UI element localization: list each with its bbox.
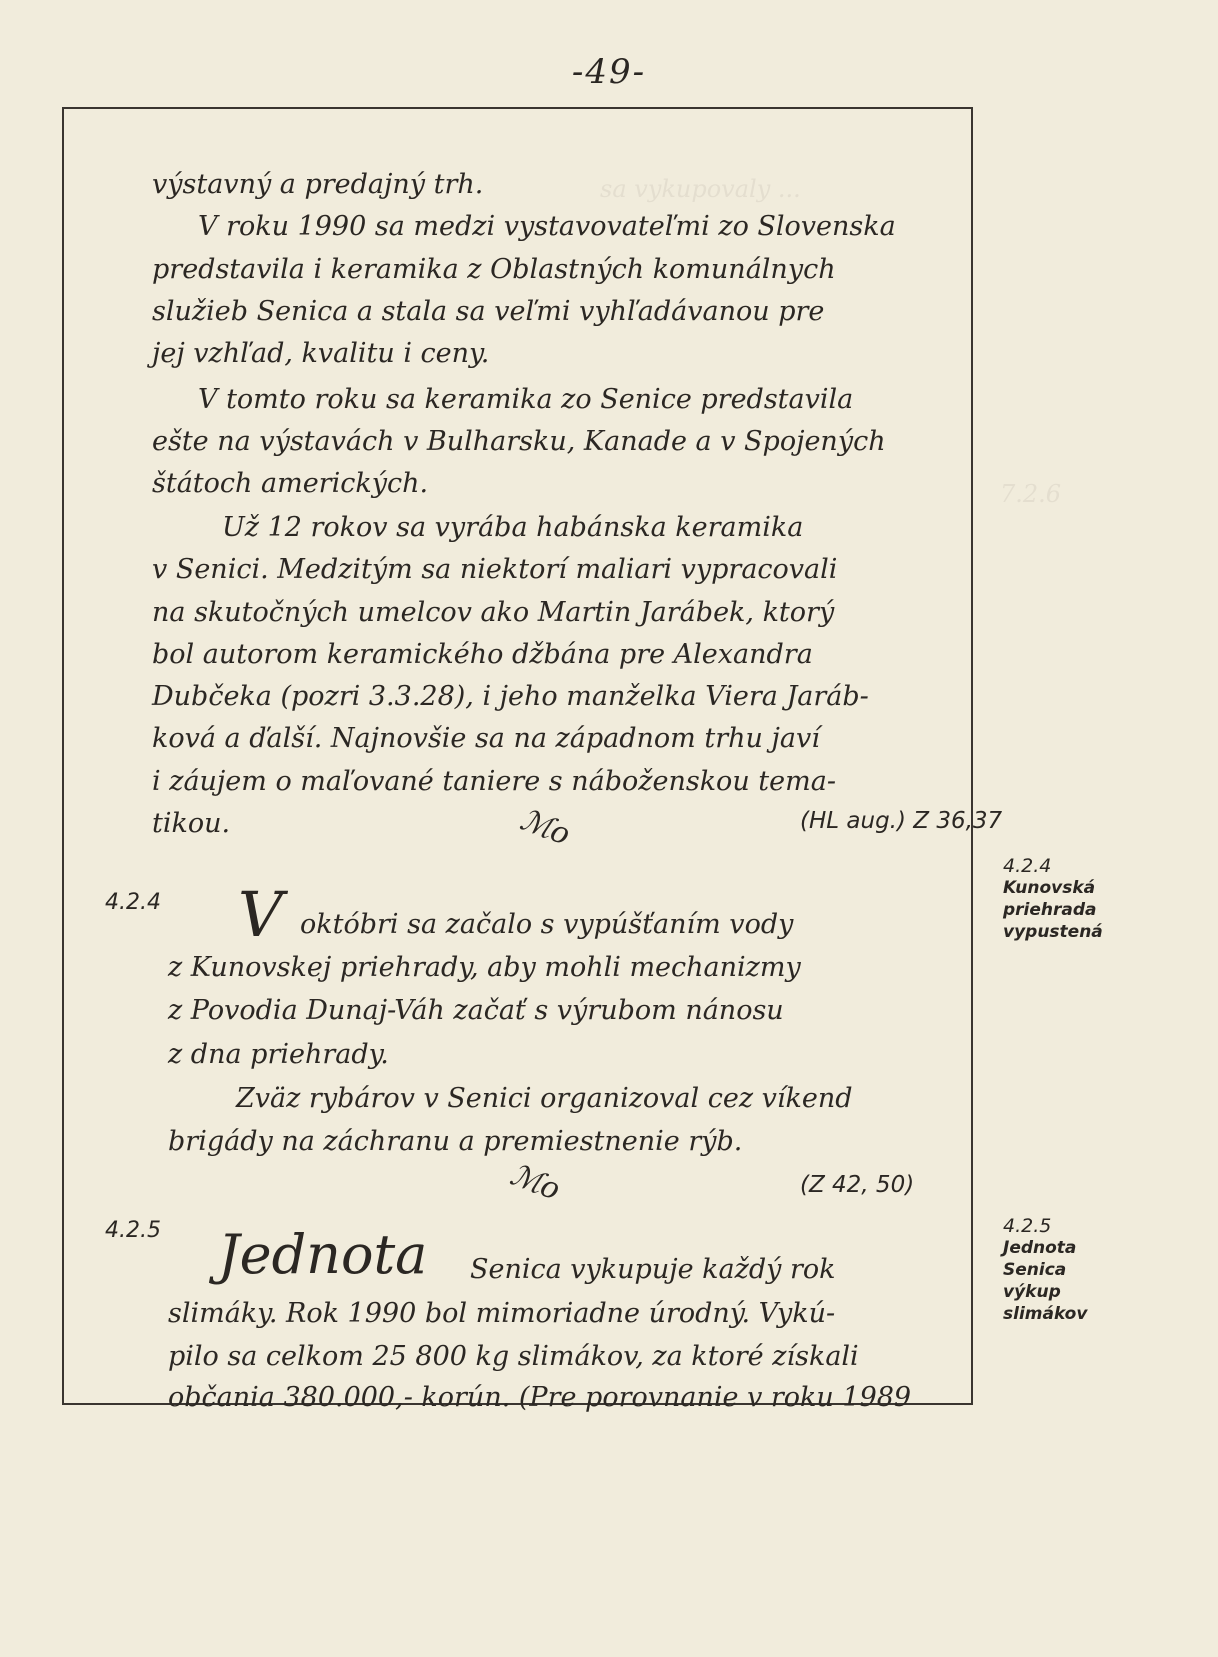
source-reference: (HL aug.) Z 36,37: [800, 808, 1002, 834]
body-line: jej vzhľad, kvalitu i ceny.: [152, 334, 489, 374]
margin-note-line: Kunovská: [1003, 877, 1133, 899]
margin-note: 4.2.5 Jednota Senica výkup slimákov: [1003, 1215, 1133, 1325]
section-line: z dna priehrady.: [168, 1035, 389, 1075]
margin-note-line: slimákov: [1003, 1303, 1133, 1325]
margin-note: 4.2.4 Kunovská priehrada vypustená: [1003, 855, 1133, 943]
section-line: brigády na záchranu a premiestnenie rýb.: [168, 1122, 742, 1162]
body-line: na skutočných umelcov ako Martin Jarábek…: [152, 593, 834, 633]
section-line: občania 380.000,- korún. (Pre porovnanie…: [168, 1378, 911, 1418]
margin-note-line: Jednota: [1003, 1237, 1133, 1259]
bleed-through-text: 7.2.6: [1000, 480, 1061, 508]
body-line: Dubčeka (pozri 3.3.28), i jeho manželka …: [152, 677, 869, 717]
body-line: tikou.: [152, 804, 230, 844]
body-line: štátoch amerických.: [152, 464, 428, 504]
margin-note-number: 4.2.4: [1003, 855, 1133, 877]
body-line: v Senici. Medzitým sa niektorí maliari v…: [152, 550, 837, 590]
body-line: služieb Senica a stala sa veľmi vyhľadáv…: [152, 292, 824, 332]
section-initial: V: [238, 895, 283, 935]
margin-note-line: Senica: [1003, 1259, 1133, 1281]
body-line: Už 12 rokov sa vyrába habánska keramika: [222, 508, 803, 548]
section-title-word: Jednota: [218, 1235, 427, 1275]
section-line: Zväz rybárov v Senici organizoval cez ví…: [236, 1079, 853, 1119]
body-line: V roku 1990 sa medzi vystavovateľmi zo S…: [198, 207, 896, 247]
section-number: 4.2.4: [105, 890, 161, 915]
margin-note-line: výkup: [1003, 1281, 1133, 1303]
section-line: slimáky. Rok 1990 bol mimoriadne úrodný.…: [168, 1294, 835, 1334]
section-line: z Kunovskej priehrady, aby mohli mechani…: [168, 948, 801, 988]
body-line: predstavila i keramika z Oblastných komu…: [152, 250, 836, 290]
body-line: V tomto roku sa keramika zo Senice preds…: [198, 380, 853, 420]
body-line: bol autorom keramického džbána pre Alexa…: [152, 635, 813, 675]
margin-note-line: vypustená: [1003, 921, 1133, 943]
margin-note-line: priehrada: [1003, 899, 1133, 921]
body-line: i záujem o maľované taniere s nábožensko…: [152, 762, 836, 802]
source-reference: (Z 42, 50): [800, 1172, 914, 1198]
section-line: pilo sa celkom 25 800 kg slimákov, za kt…: [168, 1337, 859, 1377]
body-line: ešte na výstavách v Bulharsku, Kanade a …: [152, 422, 886, 462]
section-number: 4.2.5: [105, 1218, 161, 1243]
body-line: výstavný a predajný trh.: [152, 165, 483, 205]
page-number: -49-: [0, 52, 1218, 92]
body-line: ková a ďalší. Najnovšie sa na západnom t…: [152, 719, 820, 759]
section-line: Senica vykupuje každý rok: [470, 1250, 836, 1290]
margin-note-number: 4.2.5: [1003, 1215, 1133, 1237]
section-line: októbri sa začalo s vypúšťaním vody: [300, 905, 793, 945]
section-line: z Povodia Dunaj-Váh začať s výrubom náno…: [168, 991, 784, 1031]
